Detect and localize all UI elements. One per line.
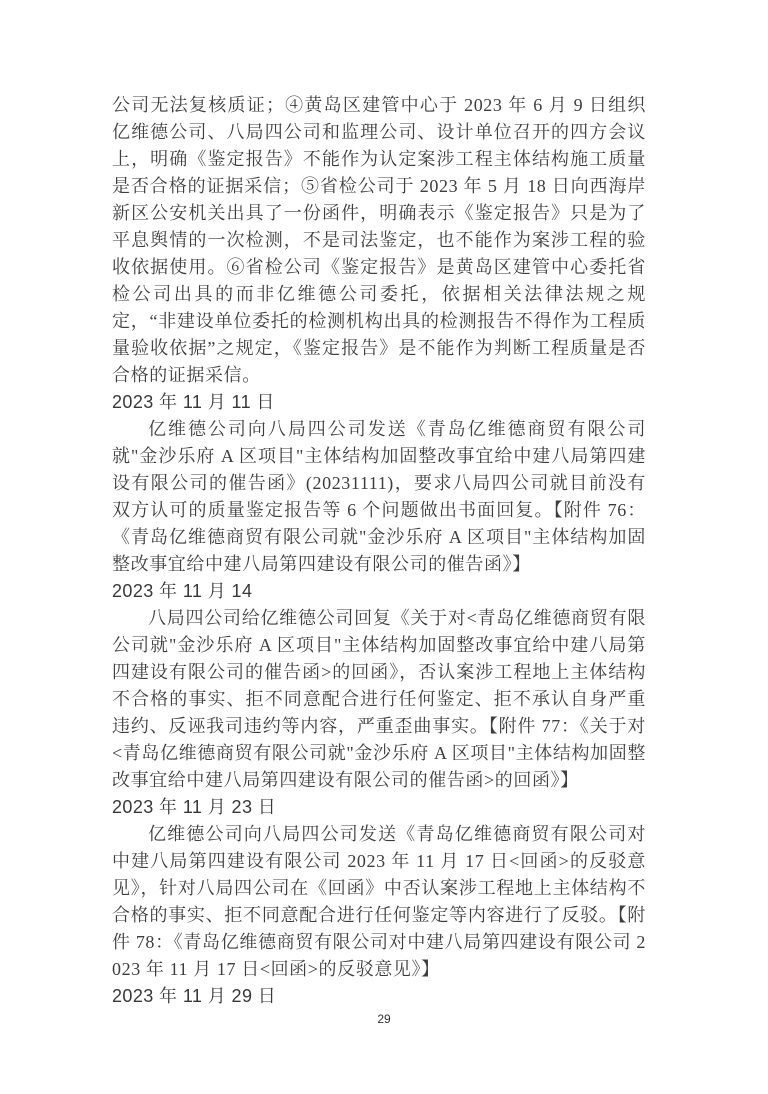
date-heading: 2023 年 11 月 11 日 — [112, 389, 646, 416]
page-number: 29 — [0, 1012, 768, 1026]
date-heading: 2023 年 11 月 23 日 — [112, 794, 646, 821]
document-body: 公司无法复核质证；④黄岛区建管中心于 2023 年 6 月 9 日组织亿维德公司… — [112, 92, 646, 1010]
body-paragraph: 八局四公司给亿维德公司回复《关于对<青岛亿维德商贸有限公司就"金沙乐府 A 区项… — [112, 605, 646, 794]
date-heading: 2023 年 11 月 14 — [112, 578, 646, 605]
body-paragraph: 亿维德公司向八局四公司发送《青岛亿维德商贸有限公司就"金沙乐府 A 区项目"主体… — [112, 416, 646, 578]
body-paragraph: 亿维德公司向八局四公司发送《青岛亿维德商贸有限公司对中建八局第四建设有限公司 2… — [112, 821, 646, 983]
body-paragraph: 公司无法复核质证；④黄岛区建管中心于 2023 年 6 月 9 日组织亿维德公司… — [112, 92, 646, 389]
document-page: 公司无法复核质证；④黄岛区建管中心于 2023 年 6 月 9 日组织亿维德公司… — [0, 0, 768, 1094]
date-heading: 2023 年 11 月 29 日 — [112, 983, 646, 1010]
